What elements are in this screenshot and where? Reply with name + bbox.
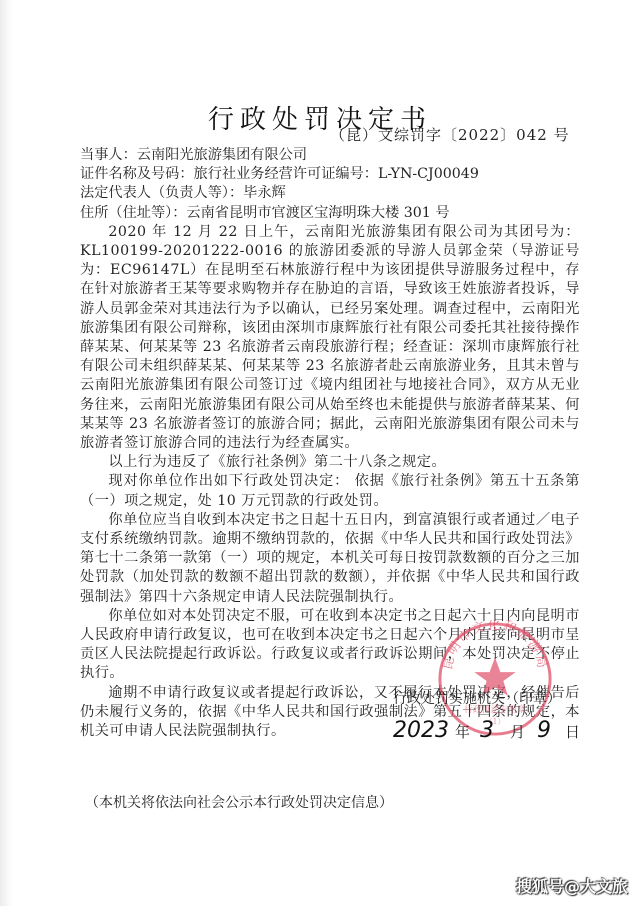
party-value: 云南阳光旅游集团有限公司: [137, 147, 307, 163]
party-label: 当事人：: [80, 147, 137, 163]
date-month: 3: [480, 718, 494, 743]
date-year: 2023: [393, 718, 449, 743]
address-value: 云南省昆明市官渡区宝海明珠大楼 301 号: [186, 205, 449, 221]
address-line: 住所（住址等）：云南省昆明市官渡区宝海明珠大楼 301 号: [80, 204, 580, 223]
license-value: 旅行社业务经营许可证编号：L-YN-CJ00049: [194, 166, 479, 182]
paragraph-payment: 你单位应当自收到本决定书之日起十五日内，到富滇银行或者通过／电子支付系统缴纳罚款…: [80, 511, 580, 607]
source-watermark: 搜狐号@大文旅: [516, 874, 628, 897]
address-label: 住所（住址等）：: [80, 205, 186, 221]
legal-rep-label: 法定代表人（负责人等）：: [80, 185, 243, 201]
public-disclosure-notice: （本机关将依法向社会公示本行政处罚决定信息）: [85, 792, 393, 812]
legal-rep-line: 法定代表人（负责人等）：毕永辉: [80, 184, 580, 203]
license-line: 证件名称及号码：旅行社业务经营许可证编号：L-YN-CJ00049: [80, 165, 580, 184]
date-day: 9: [537, 718, 551, 743]
document-number: （昆）文综罚字〔2022〕042 号: [330, 124, 570, 145]
date-month-unit: 月: [510, 721, 525, 742]
paragraph-facts: 2020 年 12 月 22 日上午，云南阳光旅游集团有限公司为其团号为：KL1…: [80, 223, 580, 453]
paragraph-decision: 现对你单位作出如下行政处罚决定： 依据《旅行社条例》第五十五条第（一）项之规定，…: [80, 472, 580, 510]
date-year-unit: 年: [455, 721, 470, 742]
license-label: 证件名称及号码：: [80, 166, 194, 182]
signature-date: 2023 年 3 月 9 日: [393, 718, 580, 743]
legal-rep-value: 毕永辉: [243, 185, 286, 201]
issuing-authority-label: 行政处罚实施机关（印章）: [393, 688, 561, 708]
paragraph-violation: 以上行为违反了《旅行社条例》第二十八条之规定。: [80, 453, 580, 472]
date-day-unit: 日: [565, 721, 580, 742]
party-line: 当事人：云南阳光旅游集团有限公司: [80, 146, 580, 165]
